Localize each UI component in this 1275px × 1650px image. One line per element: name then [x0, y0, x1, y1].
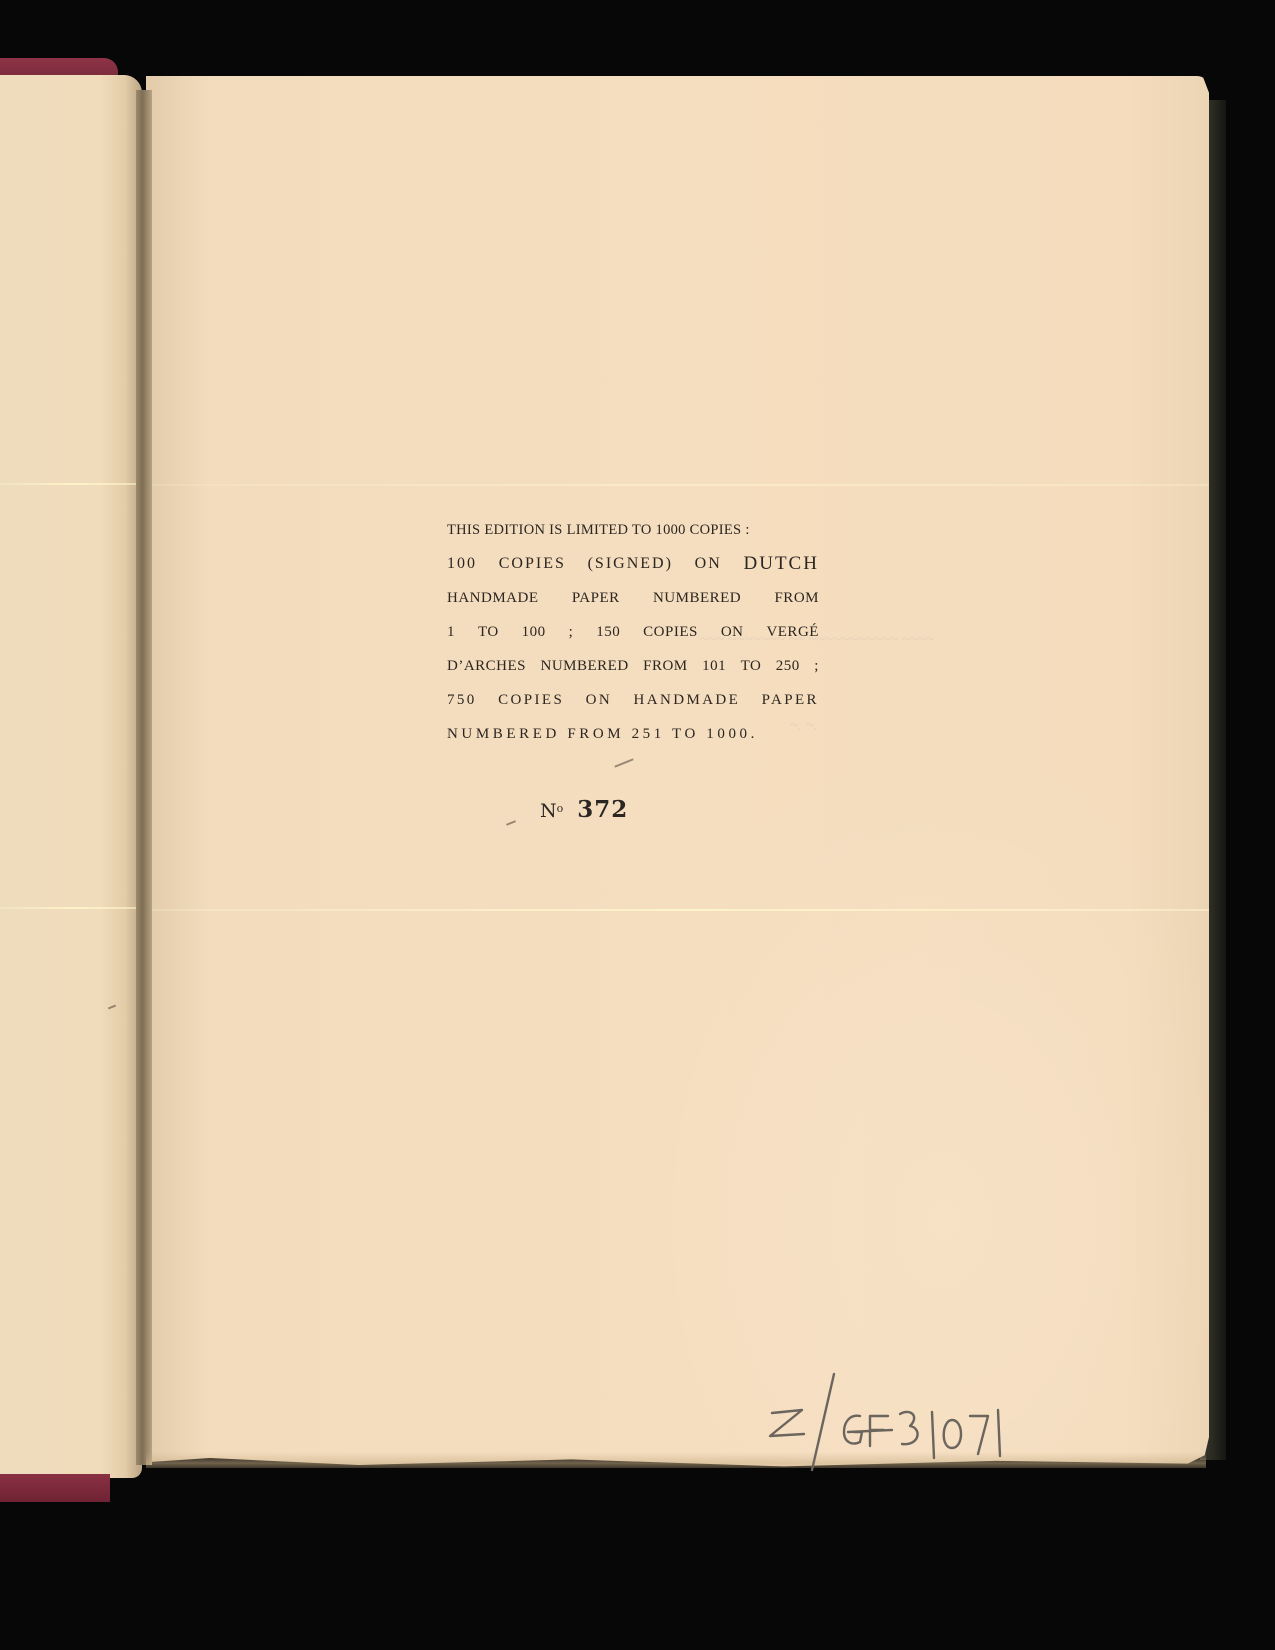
number-sign: No: [540, 800, 563, 822]
copy-number-stamp: No 372: [540, 796, 628, 823]
left-fold-line-lower: [0, 907, 142, 909]
word: TO: [478, 615, 499, 649]
word: HANDMADE: [634, 683, 741, 717]
left-page: [0, 75, 142, 1478]
left-fold-line-upper: [0, 483, 142, 485]
right-page: [146, 76, 1209, 1472]
right-fold-line-lower: [146, 909, 1209, 911]
gutter-shadow: [136, 90, 152, 1465]
word: 100: [522, 615, 546, 649]
word: NUMBERED: [540, 649, 628, 683]
word: ;: [569, 615, 574, 649]
colophon-line-4: 1 TO 100 ; 150 COPIES ON VERGÉ: [447, 615, 819, 649]
word: COPIES: [499, 547, 566, 581]
colophon-line-7: NUMBERED FROM 251 TO 1000.: [447, 717, 819, 751]
handwritten-shelfmark: [752, 1358, 1002, 1473]
colophon-line-5: D’ARCHES NUMBERED FROM 101 TO 250 ;: [447, 649, 819, 683]
word: 750: [447, 683, 477, 717]
word: (SIGNED): [588, 547, 673, 581]
colophon-text: NUMBERED FROM 251 TO 1000.: [447, 717, 758, 751]
word: TO: [741, 649, 762, 683]
copy-number-value: 372: [577, 796, 628, 823]
word: ON: [586, 683, 612, 717]
word: COPIES: [498, 683, 564, 717]
word: ON: [721, 615, 744, 649]
colophon-line-6: 750 COPIES ON HANDMADE PAPER: [447, 683, 819, 717]
word: COPIES: [643, 615, 698, 649]
word: PAPER: [762, 683, 819, 717]
word: FROM: [774, 581, 819, 615]
colophon-line-3: HANDMADE PAPER NUMBERED FROM: [447, 581, 819, 615]
word: 250: [776, 649, 800, 683]
word: 150: [596, 615, 620, 649]
word: HANDMADE: [447, 581, 539, 615]
right-fold-line-upper: [146, 484, 1209, 486]
word: 100: [447, 547, 477, 581]
deckle-edge: [146, 1452, 1206, 1468]
word: DUTCH: [744, 547, 819, 581]
colophon-text: THIS EDITION IS LIMITED TO 1000 COPIES :: [447, 513, 750, 547]
word: ON: [695, 547, 722, 581]
word: PAPER: [572, 581, 620, 615]
colophon-block: THIS EDITION IS LIMITED TO 1000 COPIES :…: [447, 513, 819, 751]
word: NUMBERED: [653, 581, 741, 615]
word: ;: [814, 649, 819, 683]
word: 1: [447, 615, 455, 649]
word: FROM: [643, 649, 688, 683]
book-cover-bottom-edge: [0, 1474, 110, 1502]
word: D’ARCHES: [447, 649, 526, 683]
word: VERGÉ: [766, 615, 819, 649]
word: 101: [702, 649, 726, 683]
colophon-line-1: THIS EDITION IS LIMITED TO 1000 COPIES :: [447, 513, 819, 547]
colophon-line-2: 100 COPIES (SIGNED) ON DUTCH: [447, 547, 819, 581]
